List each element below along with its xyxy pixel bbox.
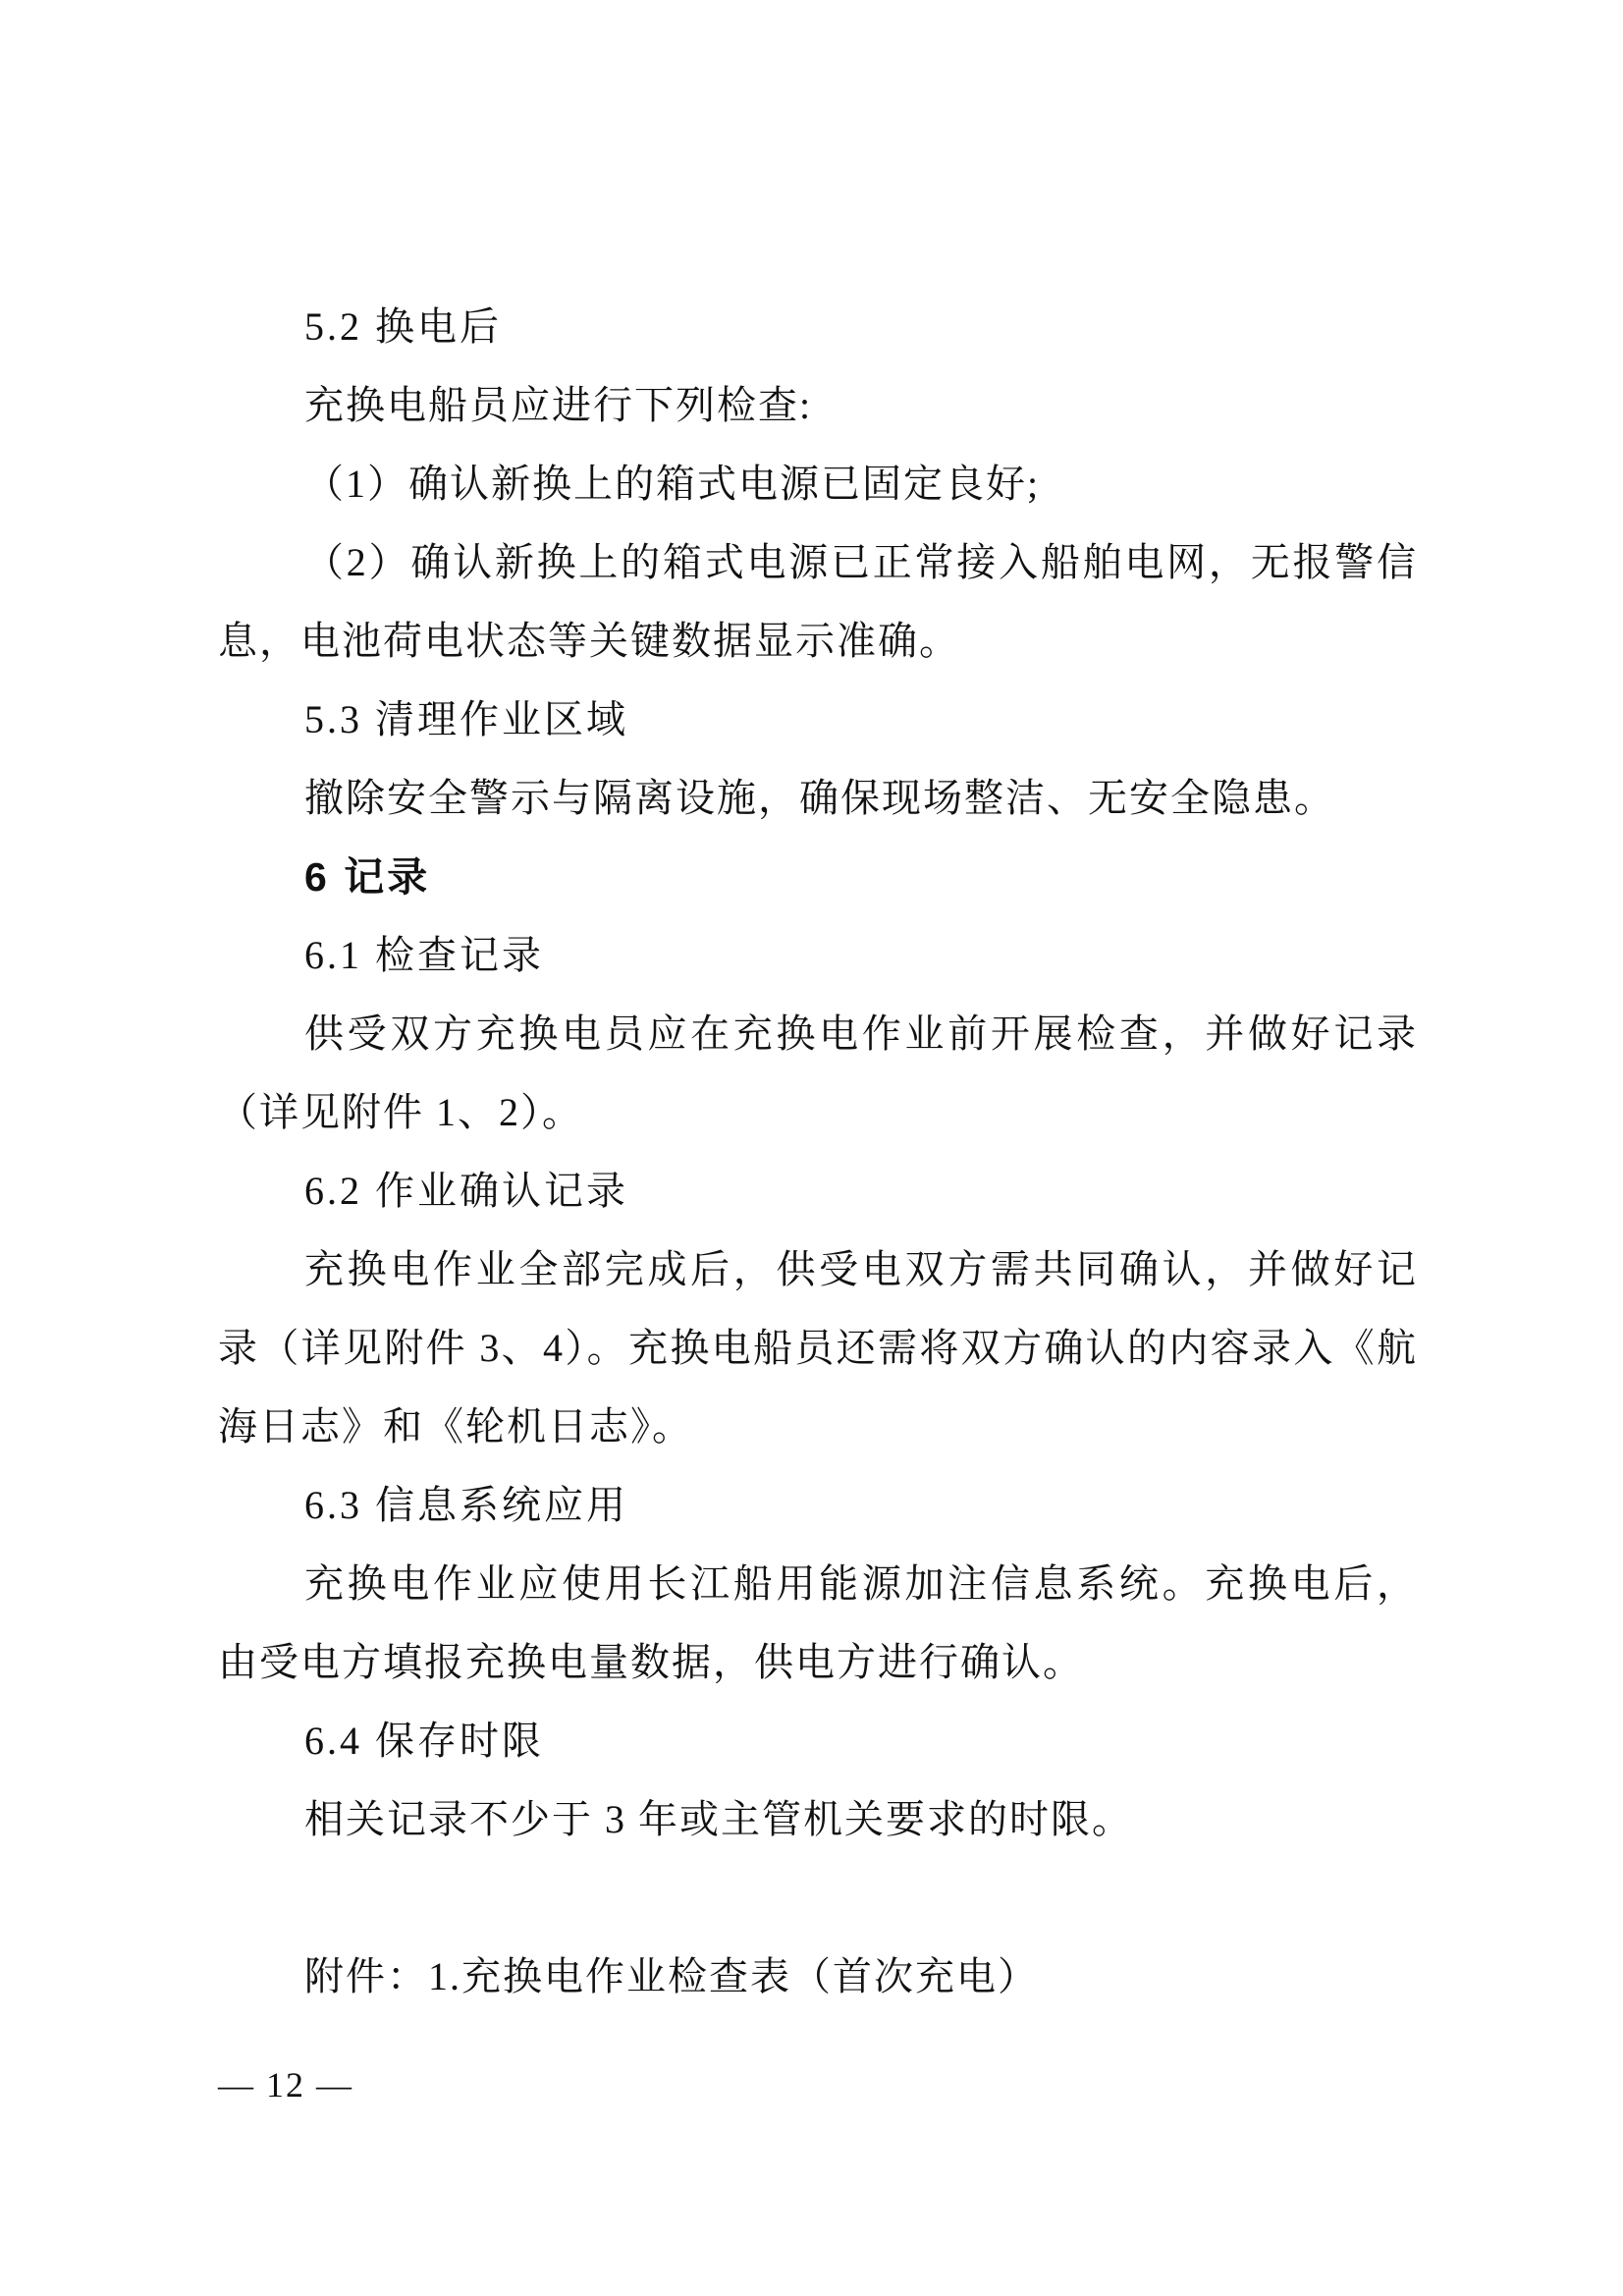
paragraph-line: 充换电作业应使用长江船用能源加注信息系统。充换电后， bbox=[218, 1545, 1416, 1623]
subsection-heading: 6.3 信息系统应用 bbox=[218, 1466, 1416, 1545]
subsection-heading: 6.1 检查记录 bbox=[218, 916, 1416, 995]
paragraph-line: 录（详见附件 3、4）。充换电船员还需将双方确认的内容录入《航 bbox=[218, 1309, 1416, 1388]
page-number: — 12 — bbox=[218, 2060, 353, 2109]
paragraph-line: 相关记录不少于 3 年或主管机关要求的时限。 bbox=[218, 1780, 1416, 1859]
document-content: 5.2 换电后充换电船员应进行下列检查:（1）确认新换上的箱式电源已固定良好;（… bbox=[218, 288, 1416, 2016]
subsection-heading: 5.2 换电后 bbox=[218, 288, 1416, 366]
paragraph-line: （1）确认新换上的箱式电源已固定良好; bbox=[218, 445, 1416, 523]
subsection-heading: 5.3 清理作业区域 bbox=[218, 681, 1416, 759]
paragraph-line: 由受电方填报充换电量数据，供电方进行确认。 bbox=[218, 1623, 1416, 1702]
paragraph-line: 充换电作业全部完成后，供受电双方需共同确认，并做好记 bbox=[218, 1230, 1416, 1309]
blank-line bbox=[218, 1859, 1416, 1938]
paragraph-line: （详见附件 1、2）。 bbox=[218, 1073, 1416, 1152]
paragraph-line: （2）确认新换上的箱式电源已正常接入船舶电网，无报警信 bbox=[218, 523, 1416, 602]
subsection-heading: 6.2 作业确认记录 bbox=[218, 1152, 1416, 1230]
paragraph-line: 供受双方充换电员应在充换电作业前开展检查，并做好记录 bbox=[218, 995, 1416, 1073]
document-page: 5.2 换电后充换电船员应进行下列检查:（1）确认新换上的箱式电源已固定良好;（… bbox=[0, 0, 1623, 2296]
paragraph-line: 海日志》和《轮机日志》。 bbox=[218, 1388, 1416, 1466]
paragraph-line: 附件：1.充换电作业检查表（首次充电） bbox=[218, 1938, 1416, 2016]
paragraph-line: 撤除安全警示与隔离设施，确保现场整洁、无安全隐患。 bbox=[218, 759, 1416, 838]
paragraph-line: 息，电池荷电状态等关键数据显示准确。 bbox=[218, 602, 1416, 681]
paragraph-line: 充换电船员应进行下列检查: bbox=[218, 366, 1416, 445]
section-heading: 6 记录 bbox=[218, 838, 1416, 916]
subsection-heading: 6.4 保存时限 bbox=[218, 1702, 1416, 1780]
